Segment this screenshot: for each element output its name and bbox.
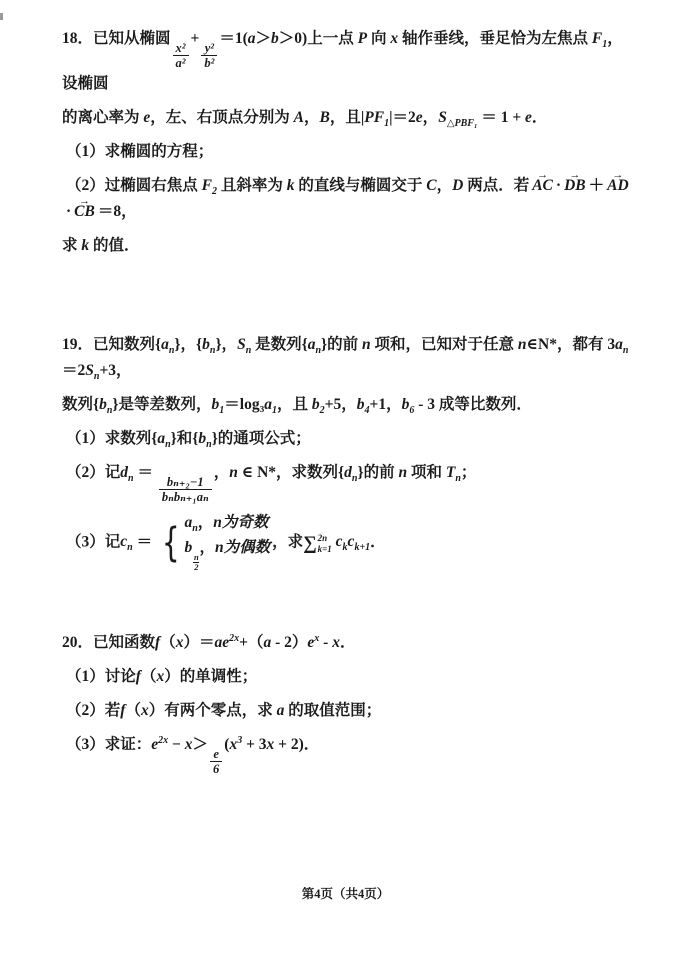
text-line: 20．已知函数f（x）＝ae2x+（a - 2）ex - x． <box>62 630 635 656</box>
text-line: （3）记cn ＝ {an，n为奇数bn2，n为偶数，求∑2nk=1 ckck+1… <box>62 513 635 573</box>
text-line: （2）记dn ＝ bₙ₊₂−1bₙbₙ₊₁aₙ，n ∈ N*，求数列{dn}的前… <box>62 460 635 505</box>
text-line: 数列{bn}是等差数列，b1＝log₃a1，且 b2+5，b4+1，b6 - 3… <box>62 392 635 418</box>
problem-18: 18．已知从椭圆x²a²+y²b²＝1(a＞b＞0)上一点 P 向 x 轴作垂线… <box>62 26 635 267</box>
text-line: 的离心率为 e，左、右顶点分别为 A，B，且|PF1|＝2e，S△PBF₁ ＝ … <box>62 105 635 131</box>
text-line: （1）讨论f（x）的单调性； <box>62 664 635 690</box>
text-line: 19．已知数列{an}，{bn}，Sn 是数列{an}的前 n 项和，已知对于任… <box>62 332 635 384</box>
text-line: （1）求椭圆的方程； <box>62 139 635 165</box>
problem-20: 20．已知函数f（x）＝ae2x+（a - 2）ex - x．（1）讨论f（x）… <box>62 630 635 785</box>
text-line: （2）过椭圆右焦点 F2 且斜率为 k 的直线与椭圆交于 C，D 两点．若→AC… <box>62 173 635 225</box>
text-line: （3）求证：e2x − x＞e6(x3 + 3x + 2)． <box>62 732 635 777</box>
text-line: （1）求数列{an}和{bn}的通项公式； <box>62 426 635 452</box>
text-line: （2）若f（x）有两个零点，求 a 的取值范围； <box>62 698 635 724</box>
text-line: 求 k 的值． <box>62 233 635 259</box>
page-footer: 第4页（共4页） <box>0 884 691 902</box>
exam-page: 18．已知从椭圆x²a²+y²b²＝1(a＞b＞0)上一点 P 向 x 轴作垂线… <box>0 0 691 977</box>
text-line: 18．已知从椭圆x²a²+y²b²＝1(a＞b＞0)上一点 P 向 x 轴作垂线… <box>62 26 635 97</box>
problem-19: 19．已知数列{an}，{bn}，Sn 是数列{an}的前 n 项和，已知对于任… <box>62 332 635 580</box>
scan-artifact <box>0 13 3 20</box>
page-number: 第4页（共4页） <box>302 887 390 901</box>
